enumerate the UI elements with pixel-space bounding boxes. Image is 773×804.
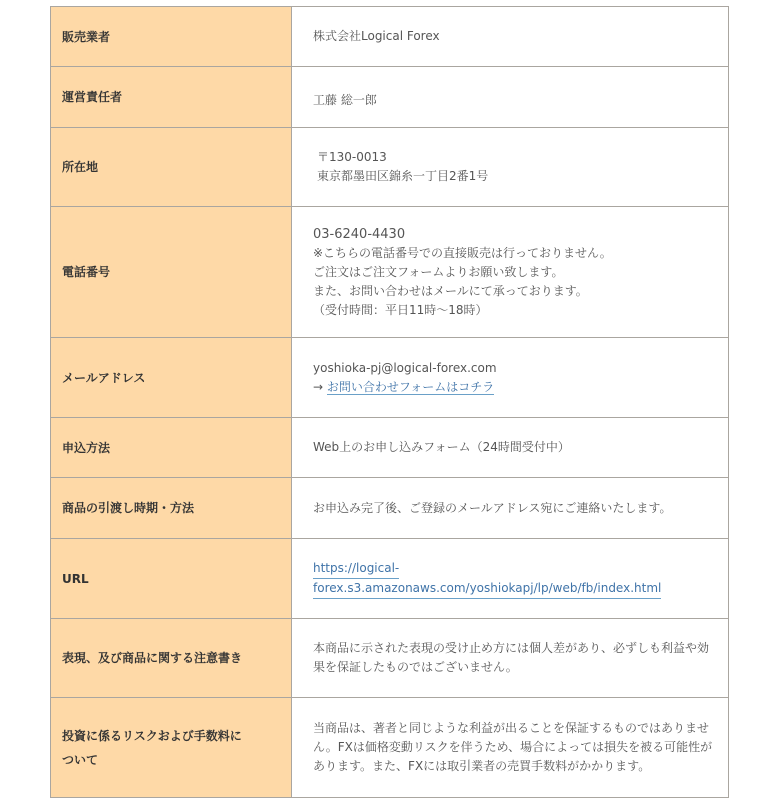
row-label: 商品の引渡し時期・方法 (51, 478, 292, 539)
table-row-risk: 投資に係るリスクおよび手数料に ついて 当商品は、著者と同じような利益が出ること… (51, 698, 729, 798)
phone-note: また、お問い合わせはメールにて承っております。 (313, 282, 716, 301)
row-label: URL (51, 539, 292, 619)
phone-hours: （受付時間：平日11時〜18時） (313, 301, 716, 320)
row-value: 〒130-0013 東京都墨田区錦糸一丁目2番1号 (292, 128, 729, 207)
row-value: yoshioka-pj@logical-forex.com → お問い合わせフォ… (292, 338, 729, 418)
row-label: 運営責任者 (51, 67, 292, 128)
phone-note: ※こちらの電話番号での直接販売は行っておりません。 (313, 244, 716, 263)
row-value: お申込み完了後、ご登録のメールアドレス宛にご連絡いたします。 (292, 478, 729, 539)
street-address: 東京都墨田区錦糸一丁目2番1号 (313, 167, 716, 186)
disclaimer-text: 本商品に示された表現の受け止め方には個人差があり、必ずしも利益や効 (313, 639, 716, 658)
row-label: 申込方法 (51, 418, 292, 478)
row-value: 工藤 総一郎 (292, 67, 729, 128)
site-url-link[interactable]: https://logical- forex.s3.amazonaws.com/… (313, 561, 661, 595)
row-value: Web上のお申し込みフォーム（24時間受付中） (292, 418, 729, 478)
table-row-email: メールアドレス yoshioka-pj@logical-forex.com → … (51, 338, 729, 418)
contact-form-link[interactable]: お問い合わせフォームはコチラ (327, 380, 494, 395)
row-value: 株式会社Logical Forex (292, 7, 729, 67)
risk-text: ん。FXは価格変動リスクを伴うため、場合によっては損失を被る可能性が (313, 738, 716, 757)
seller-name: 株式会社Logical Forex (313, 27, 716, 46)
row-label: 所在地 (51, 128, 292, 207)
row-label: 販売業者 (51, 7, 292, 67)
phone-number: 03-6240-4430 (313, 225, 716, 244)
row-value: 当商品は、著者と同じような利益が出ることを保証するものではありませ ん。FXは価… (292, 698, 729, 798)
legal-info-table: 販売業者 株式会社Logical Forex 運営責任者 工藤 総一郎 所在地 … (50, 6, 729, 798)
row-label: メールアドレス (51, 338, 292, 418)
postal-code: 〒130-0013 (313, 148, 716, 167)
phone-note: ご注文はご注文フォームよりお願い致します。 (313, 263, 716, 282)
row-value: 03-6240-4430 ※こちらの電話番号での直接販売は行っておりません。 ご… (292, 207, 729, 338)
table-row-seller: 販売業者 株式会社Logical Forex (51, 7, 729, 67)
table-row-address: 所在地 〒130-0013 東京都墨田区錦糸一丁目2番1号 (51, 128, 729, 207)
row-label: 電話番号 (51, 207, 292, 338)
row-label: 投資に係るリスクおよび手数料に ついて (51, 698, 292, 798)
table-row-manager: 運営責任者 工藤 総一郎 (51, 67, 729, 128)
application-method: Web上のお申し込みフォーム（24時間受付中） (313, 438, 716, 457)
row-value: https://logical- forex.s3.amazonaws.com/… (292, 539, 729, 619)
table-row-application: 申込方法 Web上のお申し込みフォーム（24時間受付中） (51, 418, 729, 478)
email-address: yoshioka-pj@logical-forex.com (313, 359, 716, 378)
row-label: 表現、及び商品に関する注意書き (51, 619, 292, 698)
row-value: 本商品に示された表現の受け止め方には個人差があり、必ずしも利益や効 果を保証した… (292, 619, 729, 698)
risk-text: あります。また、FXには取引業者の売買手数料がかかります。 (313, 757, 716, 776)
table-row-phone: 電話番号 03-6240-4430 ※こちらの電話番号での直接販売は行っておりま… (51, 207, 729, 338)
arrow-right-icon: → (313, 380, 323, 394)
table-row-url: URL https://logical- forex.s3.amazonaws.… (51, 539, 729, 619)
table-row-delivery: 商品の引渡し時期・方法 お申込み完了後、ご登録のメールアドレス宛にご連絡いたしま… (51, 478, 729, 539)
manager-name: 工藤 総一郎 (313, 85, 716, 110)
table-row-disclaimer: 表現、及び商品に関する注意書き 本商品に示された表現の受け止め方には個人差があり… (51, 619, 729, 698)
risk-text: 当商品は、著者と同じような利益が出ることを保証するものではありませ (313, 719, 716, 738)
delivery-method: お申込み完了後、ご登録のメールアドレス宛にご連絡いたします。 (313, 499, 716, 518)
disclaimer-text: 果を保証したものではございません。 (313, 658, 716, 677)
